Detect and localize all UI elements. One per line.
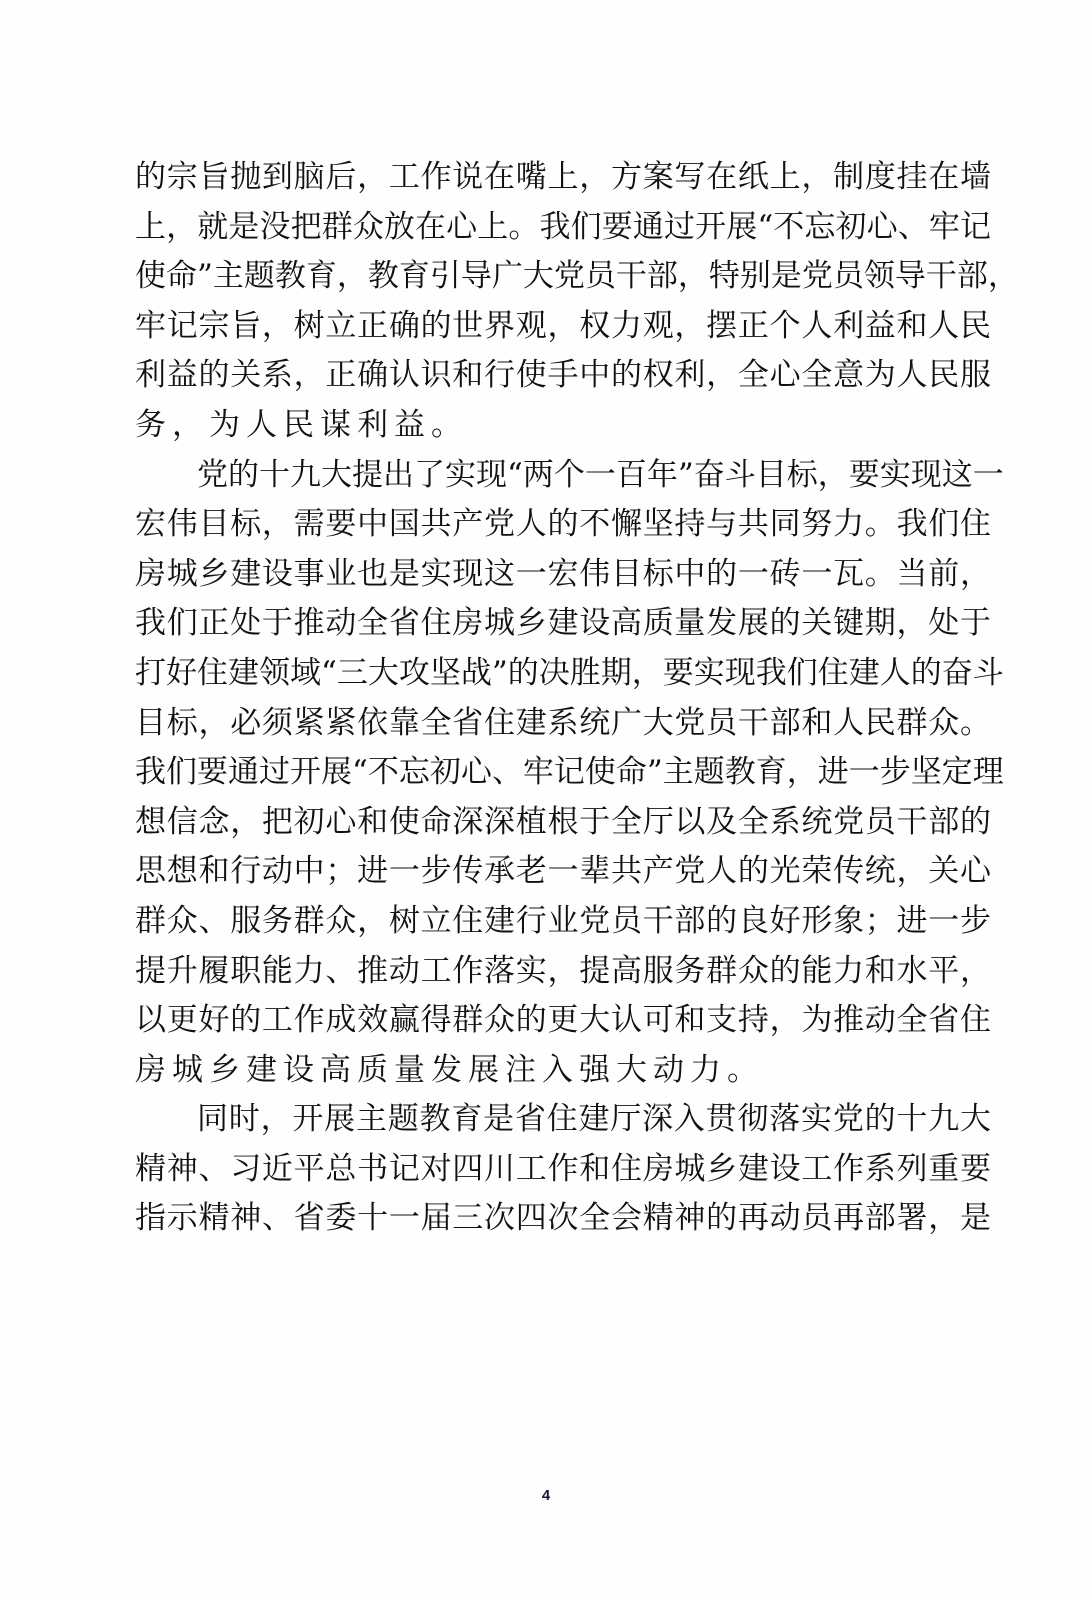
text-line: 房城乡建设高质量发展注入强大动力。 (135, 1046, 991, 1096)
text-line: 我们正处于推动全省住房城乡建设高质量发展的关键期，处于 (135, 599, 991, 649)
paragraph-2: 党的十九大提出了实现“两个一百年”奋斗目标，要实现这一 宏伟目标，需要中国共产党… (135, 451, 991, 1096)
text-line: 群众、服务群众，树立住建行业党员干部的良好形象；进一步 (135, 897, 991, 947)
text-line: 想信念，把初心和使命深深植根于全厅以及全系统党员干部的 (135, 798, 991, 848)
text-line: 牢记宗旨，树立正确的世界观，权力观，摆正个人利益和人民 (135, 302, 991, 352)
text-line: 上，就是没把群众放在心上。我们要通过开展“不忘初心、牢记 (135, 203, 991, 253)
text-line: 务，为人民谋利益。 (135, 401, 991, 451)
page-number: 4 (0, 1487, 1092, 1504)
text-line: 提升履职能力、推动工作落实，提高服务群众的能力和水平， (135, 947, 991, 997)
document-body: 的宗旨抛到脑后，工作说在嘴上，方案写在纸上，制度挂在墙 上，就是没把群众放在心上… (135, 153, 991, 1244)
text-line: 利益的关系，正确认识和行使手中的权利，全心全意为人民服 (135, 351, 991, 401)
paragraph-3: 同时，开展主题教育是省住建厅深入贯彻落实党的十九大 精神、习近平总书记对四川工作… (135, 1095, 991, 1244)
text-line: 目标，必须紧紧依靠全省住建系统广大党员干部和人民群众。 (135, 699, 991, 749)
text-line: 思想和行动中；进一步传承老一辈共产党人的光荣传统，关心 (135, 847, 991, 897)
text-line: 以更好的工作成效赢得群众的更大认可和支持，为推动全省住 (135, 996, 991, 1046)
text-line: 同时，开展主题教育是省住建厅深入贯彻落实党的十九大 (135, 1095, 991, 1145)
text-line: 房城乡建设事业也是实现这一宏伟目标中的一砖一瓦。当前， (135, 550, 991, 600)
text-line: 指示精神、省委十一届三次四次全会精神的再动员再部署，是 (135, 1194, 991, 1244)
document-page: 的宗旨抛到脑后，工作说在嘴上，方案写在纸上，制度挂在墙 上，就是没把群众放在心上… (0, 0, 1092, 1600)
text-line: 精神、习近平总书记对四川工作和住房城乡建设工作系列重要 (135, 1145, 991, 1195)
text-line: 宏伟目标，需要中国共产党人的不懈坚持与共同努力。我们住 (135, 500, 991, 550)
text-line: 我们要通过开展“不忘初心、牢记使命”主题教育，进一步坚定理 (135, 748, 991, 798)
text-line: 打好住建领域“三大攻坚战”的决胜期，要实现我们住建人的奋斗 (135, 649, 991, 699)
text-line: 的宗旨抛到脑后，工作说在嘴上，方案写在纸上，制度挂在墙 (135, 153, 991, 203)
text-line: 党的十九大提出了实现“两个一百年”奋斗目标，要实现这一 (135, 451, 991, 501)
paragraph-1: 的宗旨抛到脑后，工作说在嘴上，方案写在纸上，制度挂在墙 上，就是没把群众放在心上… (135, 153, 991, 451)
text-line: 使命”主题教育，教育引导广大党员干部，特别是党员领导干部， (135, 252, 991, 302)
